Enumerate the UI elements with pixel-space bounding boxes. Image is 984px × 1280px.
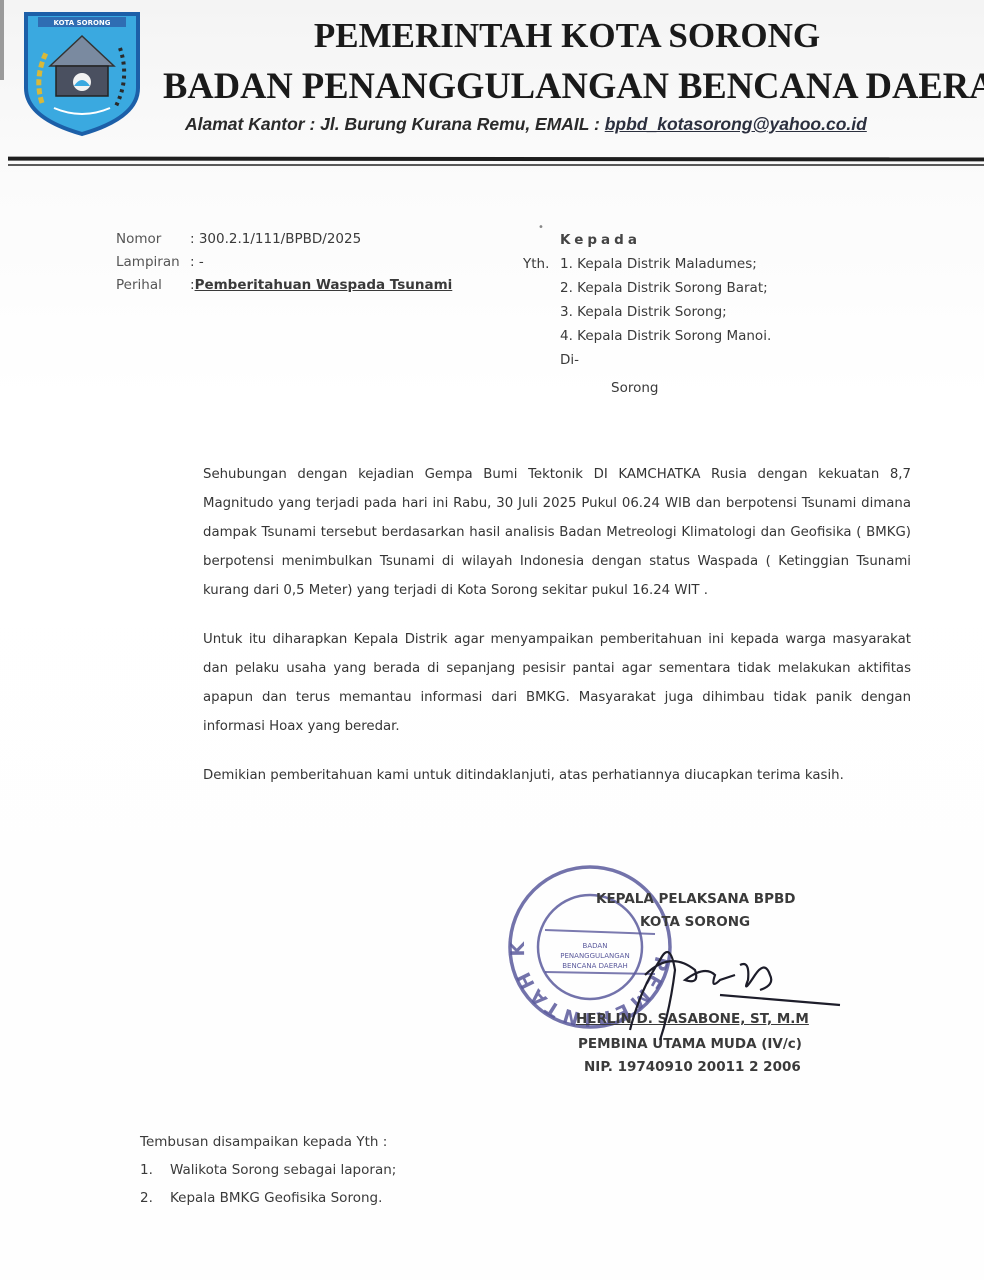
carbon-copy-block: Tembusan disampaikan kepada Yth : 1. Wal… — [140, 1128, 396, 1212]
cc-item: 1. Walikota Sorong sebagai laporan; — [140, 1156, 396, 1184]
meta-perihal: Perihal : Pemberitahuan Waspada Tsunami — [116, 274, 452, 297]
letterhead-agency-name: BADAN PENANGGULANGAN BENCANA DAERAH — [163, 64, 984, 107]
kota-sorong-emblem-icon: KOTA SORONG — [20, 8, 144, 138]
scan-speck: • — [538, 216, 544, 240]
kepada-label: Kepada — [560, 228, 771, 252]
letterhead-address: Alamat Kantor : Jl. Burung Kurana Remu, … — [185, 114, 867, 135]
cc-item: 2. Kepala BMKG Geofisika Sorong. — [140, 1184, 396, 1212]
recipients-row: Yth. 1. Kepala Distrik Maladumes; 2. Kep… — [523, 252, 771, 348]
scan-edge — [0, 0, 4, 80]
body-paragraph: Demikian pemberitahuan kami untuk ditind… — [203, 761, 911, 790]
cc-heading: Tembusan disampaikan kepada Yth : — [140, 1128, 396, 1156]
meta-nomor: Nomor : 300.2.1/111/BPBD/2025 — [116, 228, 452, 251]
recipient-item: 1. Kepala Distrik Maladumes; — [560, 252, 771, 276]
nomor-label: Nomor — [116, 228, 190, 251]
letter-body: Sehubungan dengan kejadian Gempa Bumi Te… — [203, 460, 911, 810]
perihal-subject: Pemberitahuan Waspada Tsunami — [195, 274, 453, 297]
letterhead-rule-thin — [8, 164, 984, 166]
address-text: Alamat Kantor : Jl. Burung Kurana Remu, … — [185, 114, 605, 134]
svg-text:KOTA SORONG: KOTA SORONG — [53, 19, 110, 27]
letterhead-rule-thick — [8, 157, 984, 162]
recipient-item: 3. Kepala Distrik Sorong; — [560, 300, 771, 324]
perihal-label: Perihal — [116, 274, 190, 297]
cc-item-number: 1. — [140, 1156, 170, 1184]
letterhead-government-name: PEMERINTAH KOTA SORONG — [150, 16, 984, 56]
letter-meta: Nomor : 300.2.1/111/BPBD/2025 Lampiran :… — [116, 228, 452, 297]
cc-item-text: Walikota Sorong sebagai laporan; — [170, 1156, 396, 1184]
lampiran-value: : - — [190, 251, 204, 274]
addressee-city: Sorong — [611, 376, 771, 400]
email-link[interactable]: bpbd_kotasorong@yahoo.co.id — [605, 114, 867, 134]
letter-page: KOTA SORONG PEMERINTAH KOTA SORONG BADAN… — [0, 0, 984, 1280]
body-paragraph: Untuk itu diharapkan Kepala Distrik agar… — [203, 625, 911, 741]
signatory-title: KEPALA PELAKSANA BPBD — [596, 888, 795, 911]
signatory-nip: NIP. 19740910 20011 2 2006 — [584, 1056, 801, 1079]
lampiran-label: Lampiran — [116, 251, 190, 274]
recipient-item: 2. Kepala Distrik Sorong Barat; — [560, 276, 771, 300]
cc-item-text: Kepala BMKG Geofisika Sorong. — [170, 1184, 382, 1212]
recipient-item: 4. Kepala Distrik Sorong Manoi. — [560, 324, 771, 348]
recipient-list: 1. Kepala Distrik Maladumes; 2. Kepala D… — [560, 252, 771, 348]
meta-lampiran: Lampiran : - — [116, 251, 452, 274]
yth-label: Yth. — [523, 252, 560, 348]
cc-item-number: 2. — [140, 1184, 170, 1212]
body-paragraph: Sehubungan dengan kejadian Gempa Bumi Te… — [203, 460, 911, 605]
di-label: Di- — [560, 348, 771, 372]
nomor-value: : 300.2.1/111/BPBD/2025 — [190, 228, 361, 251]
addressee-block: • Kepada Yth. 1. Kepala Distrik Maladume… — [523, 228, 771, 400]
handwritten-signature-icon — [600, 930, 850, 1050]
